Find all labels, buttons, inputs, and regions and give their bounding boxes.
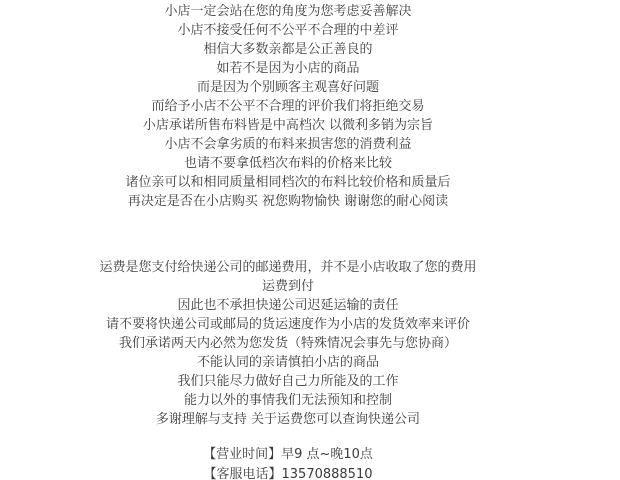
policy-line: 小店不会拿劣质的布料来损害您的消费利益	[0, 135, 576, 154]
policy-line: 再决定是否在小店购买 祝您购物愉快 谢谢您的耐心阅读	[0, 192, 576, 211]
policy-line: 能力以外的事情我们无法预知和控制	[0, 391, 576, 410]
policy-line: 不能认同的亲请慎拍小店的商品	[0, 353, 576, 372]
contact-gap	[0, 429, 576, 445]
policy-line: 我们只能尽力做好自己力所能及的工作	[0, 372, 576, 391]
policy-line: 如若不是因为小店的商品	[0, 59, 576, 78]
policy-line: 小店一定会站在您的角度为您考虑妥善解决	[0, 2, 576, 21]
policy-line: 请不要将快递公司或邮局的货运速度作为小店的发货效率来评价	[0, 315, 576, 334]
business-hours: 【营业时间】早9 点~晚10点	[0, 445, 576, 465]
policy-line: 也请不要拿低档次布料的价格来比较	[0, 154, 576, 173]
policy-line: 多谢理解与支持 关于运费您可以查询快递公司	[0, 410, 576, 429]
shipping-policy-paragraph: 运费是您支付给快递公司的邮递费用，并不是小店收取了您的费用 运费到付 因此也不承…	[0, 258, 576, 429]
policy-line: 因此也不承担快递公司迟延运输的责任	[0, 296, 576, 315]
store-policy-paragraph: 小店一定会站在您的角度为您考虑妥善解决 小店不接受任何不公平不合理的中差评 相信…	[0, 2, 576, 211]
policy-line: 诸位亲可以和相同质量相同档次的布料比较价格和质量后	[0, 173, 576, 192]
policy-line: 我们承诺两天内必然为您发货（特殊情况会事先与您协商）	[0, 334, 576, 353]
policy-line: 而是因为个别顾客主观喜好问题	[0, 78, 576, 97]
service-phone: 【客服电话】13570888510	[0, 465, 576, 480]
shop-notice-text: 小店一定会站在您的角度为您考虑妥善解决 小店不接受任何不公平不合理的中差评 相信…	[0, 0, 620, 480]
policy-line: 小店承诺所售布料皆是中高档次 以微利多销为宗旨	[0, 116, 576, 135]
policy-line: 相信大多数亲都是公正善良的	[0, 40, 576, 59]
contact-info: 【营业时间】早9 点~晚10点 【客服电话】13570888510	[0, 445, 576, 480]
policy-line: 小店不接受任何不公平不合理的中差评	[0, 21, 576, 40]
paragraph-gap	[0, 211, 576, 258]
policy-line: 运费是您支付给快递公司的邮递费用，并不是小店收取了您的费用	[0, 258, 576, 277]
policy-line: 运费到付	[0, 277, 576, 296]
policy-line: 而给予小店不公平不合理的评价我们将拒绝交易	[0, 97, 576, 116]
shop-notice-page: 小店一定会站在您的角度为您考虑妥善解决 小店不接受任何不公平不合理的中差评 相信…	[0, 0, 620, 480]
